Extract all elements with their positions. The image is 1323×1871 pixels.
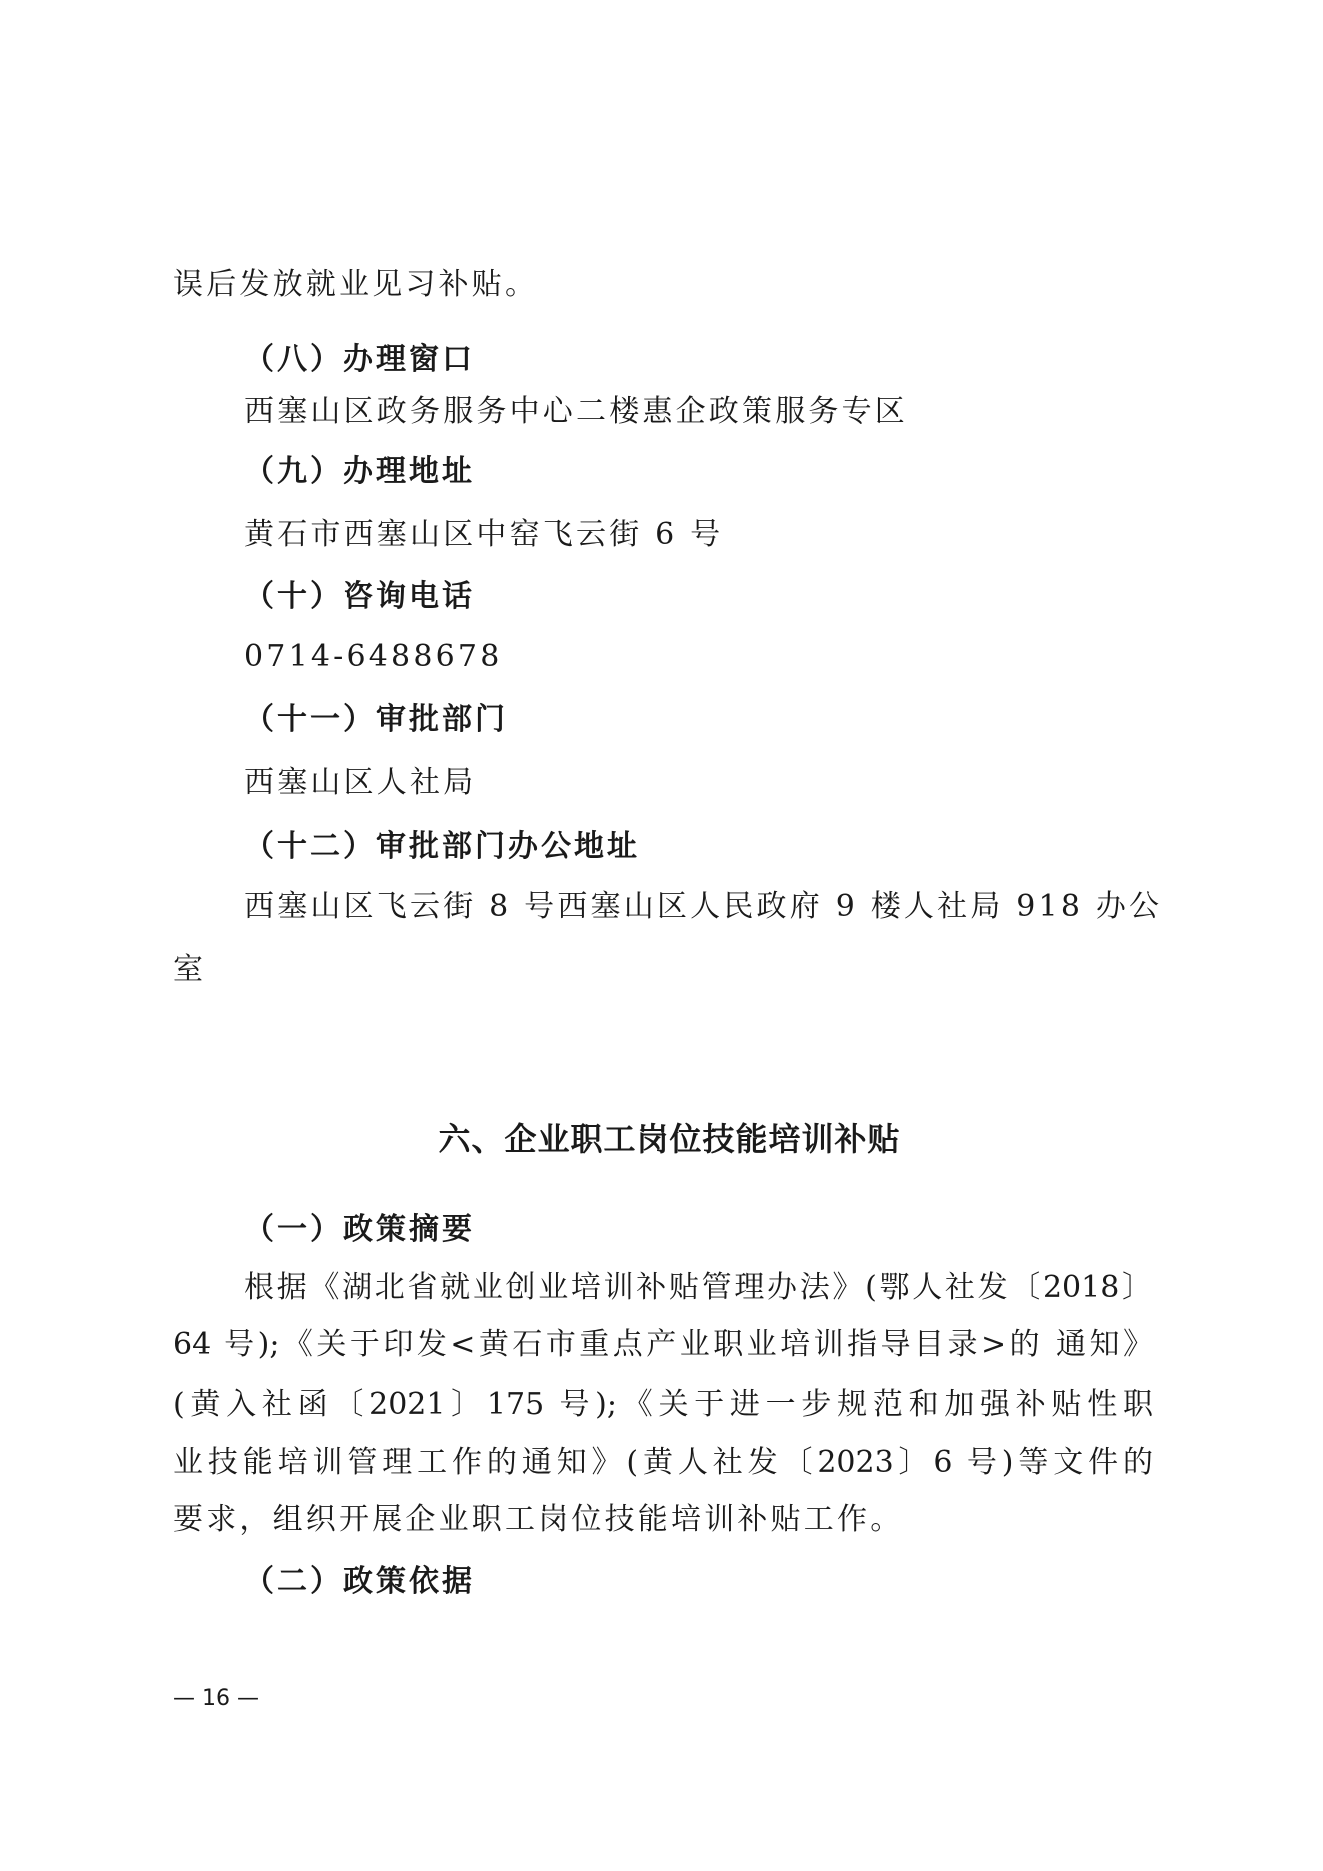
section-title: 六、企业职工岗位技能培训补贴 bbox=[0, 1117, 1323, 1161]
document-page: 误后发放就业见习补贴。 （八）办理窗口 西塞山区政务服务中心二楼惠企政策服务专区… bbox=[0, 0, 1323, 1871]
phone-text: 0714-6488678 bbox=[244, 637, 1224, 677]
policy-summary-line-2: 64 号);《关于印发<黄石市重点产业职业培训指导目录>的 通知》 bbox=[173, 1325, 1153, 1365]
service-address-text: 黄石市西塞山区中窑飞云街 6 号 bbox=[244, 515, 1224, 555]
heading-approval-office-address: （十二）审批部门办公地址 bbox=[244, 827, 1224, 867]
service-window-text: 西塞山区政务服务中心二楼惠企政策服务专区 bbox=[244, 392, 1224, 432]
heading-service-window: （八）办理窗口 bbox=[244, 340, 1224, 380]
policy-summary-line-1: 根据《湖北省就业创业培训补贴管理办法》(鄂人社发〔2018〕 bbox=[244, 1268, 1152, 1308]
approval-dept-text: 西塞山区人社局 bbox=[244, 763, 1224, 803]
heading-service-address: （九）办理地址 bbox=[244, 452, 1224, 492]
heading-phone: （十）咨询电话 bbox=[244, 577, 1224, 617]
policy-summary-line-5: 要求，组织开展企业职工岗位技能培训补贴工作。 bbox=[173, 1500, 1153, 1540]
heading-approval-dept: （十一）审批部门 bbox=[244, 700, 1224, 740]
policy-summary-line-3: (黄入社函〔2021〕175 号);《关于进一步规范和加强补贴性职 bbox=[173, 1385, 1153, 1425]
policy-summary-line-4: 业技能培训管理工作的通知》(黄人社发〔2023〕6 号)等文件的 bbox=[173, 1443, 1153, 1483]
page-number: — 16 — bbox=[173, 1685, 259, 1713]
heading-policy-basis: （二）政策依据 bbox=[244, 1562, 1224, 1602]
heading-policy-summary: （一）政策摘要 bbox=[244, 1210, 1224, 1250]
approval-office-address-line2: 室 bbox=[173, 950, 1153, 990]
continuation-text: 误后发放就业见习补贴。 bbox=[173, 265, 1153, 305]
approval-office-address-line1: 西塞山区飞云街 8 号西塞山区人民政府 9 楼人社局 918 办公 bbox=[244, 887, 1154, 927]
